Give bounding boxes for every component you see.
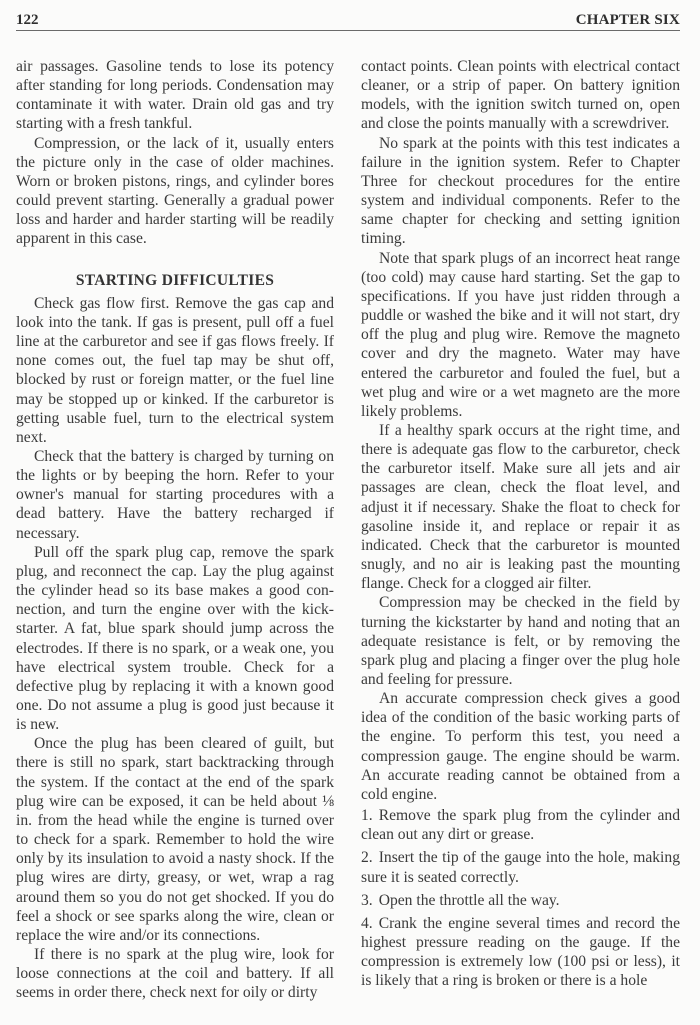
step-number: 3. bbox=[361, 892, 373, 909]
paragraph: No spark at the points with this test in… bbox=[361, 134, 680, 249]
paragraph: Pull off the spark plug cap, remove the … bbox=[16, 543, 334, 735]
step-number: 4. bbox=[361, 915, 373, 932]
paragraph: air passages. Gasoline tends to lose its… bbox=[16, 57, 334, 134]
compression-steps-list: 1.Remove the spark plug from the cylinde… bbox=[361, 806, 680, 990]
paragraph: If a healthy spark occurs at the right t… bbox=[361, 421, 680, 593]
list-item: 1.Remove the spark plug from the cylinde… bbox=[361, 806, 680, 844]
right-column: contact points. Clean points with electr… bbox=[361, 57, 680, 995]
paragraph: Compression, or the lack of it, usually … bbox=[16, 134, 334, 249]
step-text: Crank the engine several times and recor… bbox=[361, 915, 680, 989]
paragraph: Once the plug has been cleared of guilt,… bbox=[16, 734, 334, 945]
page-header: 122 CHAPTER SIX bbox=[16, 10, 680, 31]
paragraph: Note that spark plugs of an incorrect he… bbox=[361, 249, 680, 421]
step-text: Insert the tip of the gauge into the hol… bbox=[361, 849, 680, 885]
chapter-title: CHAPTER SIX bbox=[576, 12, 680, 29]
paragraph: Compression may be checked in the field … bbox=[361, 593, 680, 689]
left-column: air passages. Gasoline tends to lose its… bbox=[16, 57, 334, 1003]
step-number: 1. bbox=[361, 807, 373, 824]
list-item: 2.Insert the tip of the gauge into the h… bbox=[361, 848, 680, 886]
paragraph: Check that the battery is charged by tur… bbox=[16, 447, 334, 543]
page-number: 122 bbox=[16, 12, 39, 29]
step-text: Remove the spark plug from the cylinder … bbox=[361, 807, 680, 843]
step-number: 2. bbox=[361, 849, 373, 866]
section-heading: STARTING DIFFICULTIES bbox=[16, 271, 334, 290]
paragraph: If there is no spark at the plug wire, l… bbox=[16, 945, 334, 1002]
paragraph: contact points. Clean points with electr… bbox=[361, 57, 680, 134]
list-item: 4.Crank the engine several times and rec… bbox=[361, 914, 680, 991]
list-item: 3.Open the throttle all the way. bbox=[361, 891, 680, 910]
paragraph: An accurate compression check gives a go… bbox=[361, 689, 680, 804]
paragraph: Check gas flow first. Remove the gas cap… bbox=[16, 294, 334, 447]
step-text: Open the throttle all the way. bbox=[379, 892, 560, 909]
